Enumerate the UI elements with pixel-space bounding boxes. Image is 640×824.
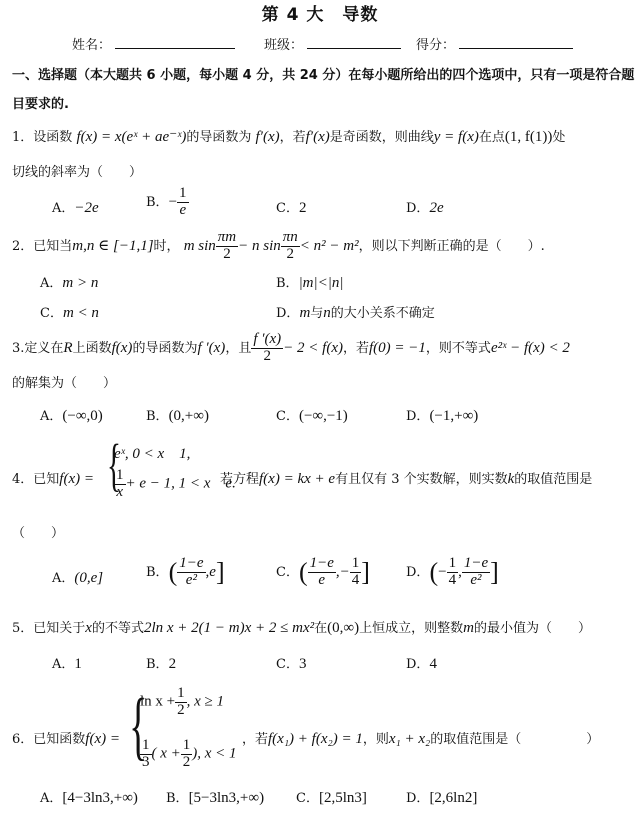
- math-expr: m,n ∈ [−1,1]: [72, 238, 153, 254]
- stem-text: 的不等式: [92, 621, 144, 636]
- option-value: m: [299, 305, 310, 321]
- option-4a[interactable]: A．(0,e]: [52, 567, 103, 587]
- denominator: 3: [140, 755, 152, 771]
- option-label: C．: [276, 409, 299, 424]
- option-label: C．: [296, 791, 319, 806]
- question-2: 2．已知当m,n ∈ [−1,1]时， m sinπm2− n sinπn2< …: [12, 230, 545, 263]
- minus-sign: −: [169, 194, 177, 210]
- denominator: 2: [281, 247, 300, 263]
- numerator: 1: [114, 468, 126, 485]
- class-label: 班级：: [264, 38, 303, 53]
- question-number: 1．: [12, 130, 33, 145]
- denominator: e²: [177, 573, 205, 589]
- case-expr: ), x < 1: [192, 746, 236, 762]
- stem-text: 是奇函数，则曲线: [330, 130, 434, 145]
- option-value: −2e: [74, 200, 98, 216]
- option-text: 的大小关系不确定: [331, 306, 435, 321]
- question-number: 6．: [12, 732, 33, 747]
- section-header-line2: 目要求的.: [12, 93, 69, 112]
- question-number: 4．: [12, 472, 33, 487]
- numerator: 1−e: [177, 556, 205, 573]
- bracket: (: [429, 557, 438, 586]
- stem-text: 有且仅有 3 个实数解，则实数: [335, 472, 508, 487]
- stem-text: 的取值范围是（ ）: [430, 732, 599, 747]
- math-expr: (1, f(1)): [505, 129, 552, 145]
- option-value: 3: [299, 656, 307, 672]
- question-4-line2: （ ）: [12, 522, 64, 541]
- option-label: B．: [146, 409, 169, 424]
- option-label: B．: [276, 276, 299, 291]
- math-expr: m sin: [184, 238, 216, 254]
- option-5d[interactable]: D．4: [406, 653, 437, 673]
- option-value: |m|<|n|: [299, 275, 344, 291]
- math-expr: 2ln x + 2(1 − m)x + 2 ≤ mx²: [144, 620, 314, 636]
- option-6b[interactable]: B．[5−3ln3,+∞): [166, 787, 264, 807]
- piecewise-case-1: ln x +12, x ≥ 1: [140, 686, 224, 719]
- question-number: 2．: [12, 239, 33, 254]
- option-value: m > n: [62, 275, 98, 291]
- stem-text: ，且: [225, 341, 251, 356]
- option-value: [5−3ln3,+∞): [189, 790, 265, 806]
- stem-text: 设函数: [33, 130, 72, 145]
- section-header-line1: 一、选择题（本大题共 6 小题，每小题 4 分，共 24 分）在每小题所给出的四…: [12, 64, 634, 83]
- question-3: 3.定义在R上函数f(x)的导函数为f ′(x)，且f ′(x)2− 2 < f…: [12, 332, 570, 365]
- question-6-lead: 6．已知函数f(x) =: [12, 728, 120, 748]
- option-5c[interactable]: C．3: [276, 653, 306, 673]
- numerator: 1: [177, 186, 189, 203]
- stem-text: 在点: [479, 130, 505, 145]
- numerator: 1−e: [308, 556, 336, 573]
- numerator: f ′(x): [251, 332, 283, 349]
- math-expr: f′(x): [256, 129, 280, 145]
- stem-text: 已知当: [33, 239, 72, 254]
- option-label: B．: [166, 791, 189, 806]
- math-expr: < n² − m²: [300, 238, 359, 254]
- class-blank[interactable]: [307, 36, 401, 49]
- math-expr: f(x) = kx + e: [259, 471, 335, 487]
- stem-text: ，若: [242, 732, 268, 747]
- option-5a[interactable]: A．1: [52, 653, 82, 673]
- option-4d[interactable]: D．(−14,1−ee²]: [406, 556, 499, 589]
- fraction: 1−ee: [308, 556, 336, 589]
- option-4c[interactable]: C．(1−ee,−14]: [276, 556, 370, 589]
- fraction: 12: [181, 738, 193, 771]
- question-4-lead: 4．已知f(x) =: [12, 468, 94, 488]
- bracket: ]: [490, 557, 499, 586]
- option-label: A．: [40, 409, 62, 424]
- option-3d[interactable]: D．(−1,+∞): [406, 405, 478, 425]
- option-1a[interactable]: A．−2e: [52, 197, 99, 217]
- option-label: D．: [406, 409, 429, 424]
- fraction: 14: [350, 556, 362, 589]
- stem-text: ，若: [280, 130, 306, 145]
- question-1: 1．设函数 f(x) = x(eˣ + ae⁻ˣ)的导函数为 f′(x)，若f′…: [12, 126, 565, 146]
- class-field[interactable]: 班级：: [264, 34, 401, 53]
- stem-text: ，若: [343, 341, 369, 356]
- fraction: f ′(x)2: [251, 332, 283, 365]
- fraction: 1e: [177, 186, 189, 219]
- math-expr: f(x): [112, 340, 133, 356]
- fraction: 1x: [114, 468, 126, 501]
- bracket: ]: [361, 557, 370, 586]
- denominator: 2: [251, 349, 283, 365]
- option-1d[interactable]: D．2e: [406, 197, 444, 217]
- stem-text: 的导函数为: [186, 130, 251, 145]
- math-expr: f′(x): [306, 129, 330, 145]
- math-expr: x: [85, 620, 92, 636]
- option-value: 1: [74, 656, 82, 672]
- option-1b[interactable]: B．−1e: [146, 186, 189, 219]
- piecewise-case-1: eˣ, 0 < x 1,: [114, 442, 190, 463]
- option-label: D．: [276, 306, 299, 321]
- fraction: 14: [447, 556, 459, 589]
- name-field[interactable]: 姓名：: [72, 34, 235, 53]
- fraction: 1−ee²: [177, 556, 205, 589]
- question-5: 5．已知关于x的不等式2ln x + 2(1 − m)x + 2 ≤ mx²在(…: [12, 617, 591, 637]
- bracket: (: [299, 557, 308, 586]
- option-label: A．: [40, 276, 62, 291]
- question-1-line2: 切线的斜率为（ ）: [12, 161, 142, 180]
- name-label: 姓名：: [72, 38, 111, 53]
- option-value: (0,e]: [74, 570, 103, 586]
- option-label: C．: [276, 657, 299, 672]
- option-label: D．: [406, 791, 429, 806]
- stem-text: 的最小值为（ ）: [474, 621, 591, 636]
- case-expr: eˣ, 0 < x 1,: [114, 446, 190, 462]
- option-6d[interactable]: D．[2,6ln2]: [406, 787, 477, 807]
- numerator: πm: [216, 230, 238, 247]
- stem-text: 已知关于: [33, 621, 85, 636]
- option-value: (−∞,−1): [299, 408, 348, 424]
- math-expr: f(0) = −1: [369, 340, 426, 356]
- question-4-stem: 若方程f(x) = kx + e有且仅有 3 个实数解，则实数k的取值范围是: [220, 468, 592, 488]
- math-expr: − 2 < f(x): [283, 340, 343, 356]
- denominator: 4: [350, 573, 362, 589]
- stem-text: 的导函数为: [132, 341, 197, 356]
- numerator: πn: [281, 230, 300, 247]
- option-label: D．: [406, 657, 429, 672]
- numerator: 1: [350, 556, 362, 573]
- math-expr: (0,∞): [327, 620, 359, 636]
- math-expr: f ′(x): [197, 340, 225, 356]
- math-expr: R: [63, 340, 72, 356]
- piecewise-case-2: 13( x +12), x < 1: [140, 738, 237, 771]
- score-label: 得分：: [416, 38, 455, 53]
- numerator: 1: [181, 738, 193, 755]
- option-3a[interactable]: A．(−∞,0): [40, 405, 103, 425]
- question-3-line2: 的解集为（ ）: [12, 372, 116, 391]
- option-6c[interactable]: C．[2,5ln3]: [296, 787, 367, 807]
- option-2a[interactable]: A．m > n: [40, 272, 98, 292]
- piecewise-case-2: 1x+ e − 1, 1 < x e.: [114, 468, 236, 501]
- option-2d[interactable]: D．m与n的大小关系不确定: [276, 302, 435, 322]
- option-label: A．: [52, 657, 74, 672]
- stem-text: 定义在: [24, 341, 63, 356]
- option-label: B．: [146, 565, 169, 580]
- math-expr: f(x₁) + f(x₂) = 1: [268, 731, 363, 747]
- option-5b[interactable]: B．2: [146, 653, 176, 673]
- denominator: 2: [175, 703, 187, 719]
- option-value: 2: [169, 656, 177, 672]
- numerator: 1: [447, 556, 459, 573]
- option-value: 2: [299, 200, 307, 216]
- numerator: 1: [140, 738, 152, 755]
- option-label: D．: [406, 201, 429, 216]
- stem-text: 上函数: [73, 341, 112, 356]
- score-field[interactable]: 得分：: [416, 34, 573, 53]
- numerator: 1−e: [462, 556, 490, 573]
- case-expr: ( x +: [152, 746, 181, 762]
- option-label: A．: [52, 201, 74, 216]
- option-value: n: [323, 305, 331, 321]
- option-value: 2e: [429, 200, 443, 216]
- option-label: A．: [52, 571, 74, 586]
- denominator: e²: [462, 573, 490, 589]
- bracket: (: [169, 557, 178, 586]
- fraction: πn2: [281, 230, 300, 263]
- numerator: 1: [175, 686, 187, 703]
- math-expr: x₁ + x₂: [389, 731, 430, 747]
- math-expr: − n sin: [238, 238, 281, 254]
- option-label: A．: [40, 791, 62, 806]
- option-label: C．: [276, 201, 299, 216]
- option-label: B．: [146, 657, 169, 672]
- minus-sign: −: [438, 564, 446, 580]
- math-expr: f(x) = x(eˣ + ae⁻ˣ): [76, 129, 186, 145]
- stem-text: ，则以下判断正确的是（ ）.: [359, 239, 545, 254]
- option-2b[interactable]: B．|m|<|n|: [276, 272, 344, 292]
- option-value: (0,+∞): [169, 408, 209, 424]
- denominator: e: [308, 573, 336, 589]
- math-expr: y = f(x): [434, 129, 479, 145]
- stem-text: 若方程: [220, 472, 259, 487]
- question-number: 5．: [12, 621, 33, 636]
- question-number: 3.: [12, 341, 24, 356]
- option-value: [4−3ln3,+∞): [62, 790, 138, 806]
- option-1c[interactable]: C．2: [276, 197, 306, 217]
- option-value: (−∞,0): [62, 408, 102, 424]
- math-expr: f(x) =: [85, 731, 120, 747]
- math-expr: m: [463, 620, 474, 636]
- stem-text: 的取值范围是: [514, 472, 592, 487]
- case-expr: ln x +: [140, 694, 175, 710]
- fraction: 12: [175, 686, 187, 719]
- stem-text: ，则不等式: [426, 341, 491, 356]
- option-value: [2,5ln3]: [319, 790, 367, 806]
- case-expr: , x ≥ 1: [187, 694, 224, 710]
- option-text: 与: [310, 306, 323, 321]
- option-4b[interactable]: B．(1−ee²,e]: [146, 556, 225, 589]
- option-2c[interactable]: C．m < n: [40, 302, 99, 322]
- denominator: e: [177, 203, 189, 219]
- denominator: x: [114, 485, 126, 501]
- denominator: 2: [181, 755, 193, 771]
- option-label: C．: [40, 306, 63, 321]
- option-6a[interactable]: A．[4−3ln3,+∞): [40, 787, 138, 807]
- name-blank[interactable]: [115, 36, 235, 49]
- option-value: [2,6ln2]: [429, 790, 477, 806]
- denominator: 2: [216, 247, 238, 263]
- stem-text: 上恒成立，则整数: [359, 621, 463, 636]
- option-value: m < n: [63, 305, 99, 321]
- option-3b[interactable]: B．(0,+∞): [146, 405, 209, 425]
- math-expr: f(x) =: [59, 471, 94, 487]
- score-blank[interactable]: [459, 36, 573, 49]
- option-label: C．: [276, 565, 299, 580]
- fraction: πm2: [216, 230, 238, 263]
- option-value: ,e: [206, 564, 216, 580]
- fraction: 13: [140, 738, 152, 771]
- denominator: 4: [447, 573, 459, 589]
- option-label: B．: [146, 195, 169, 210]
- stem-text: ，则: [363, 732, 389, 747]
- fraction: 1−ee²: [462, 556, 490, 589]
- question-6-stem: ，若f(x₁) + f(x₂) = 1，则x₁ + x₂的取值范围是（ ）: [242, 728, 599, 748]
- option-value: 4: [429, 656, 437, 672]
- stem-text: 已知函数: [33, 732, 85, 747]
- option-value: (−1,+∞): [429, 408, 478, 424]
- page-title: 第 4 大 导数: [0, 0, 640, 25]
- option-3c[interactable]: C．(−∞,−1): [276, 405, 348, 425]
- stem-text: 已知: [33, 472, 59, 487]
- stem-text: 时，: [154, 239, 180, 254]
- bracket: ]: [216, 557, 225, 586]
- option-value: ,−: [336, 564, 350, 580]
- stem-text: 在: [314, 621, 327, 636]
- math-expr: e²ˣ − f(x) < 2: [491, 340, 570, 356]
- option-label: D．: [406, 565, 429, 580]
- stem-text: 处: [552, 130, 565, 145]
